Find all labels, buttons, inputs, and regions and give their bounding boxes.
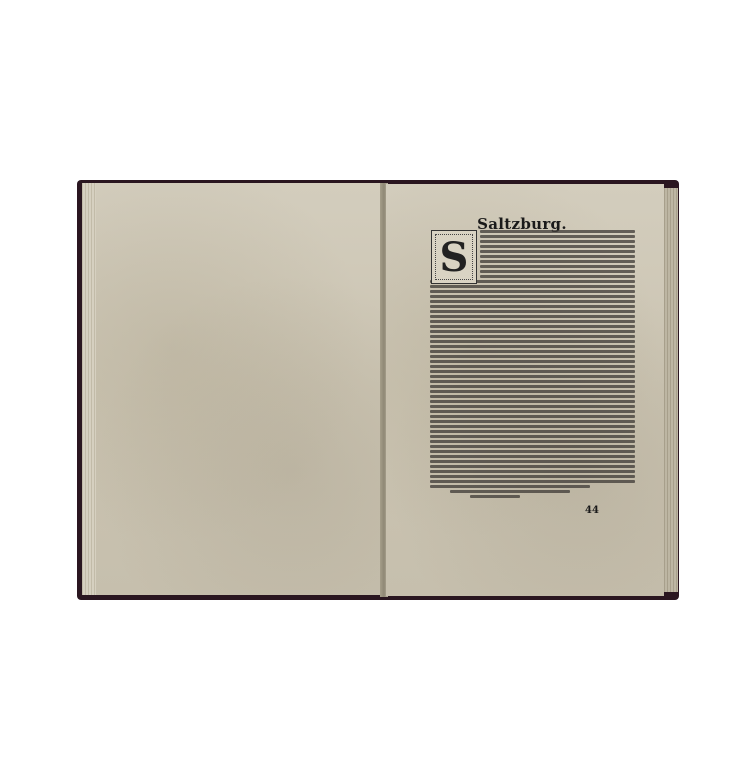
text-line — [480, 275, 635, 278]
text-line — [430, 350, 635, 353]
text-line — [430, 460, 635, 463]
page-number: 44 — [585, 505, 599, 516]
open-book: Saltzburg. S 44 — [0, 0, 755, 780]
text-line — [480, 250, 635, 253]
text-line — [480, 260, 635, 263]
text-line — [430, 365, 635, 368]
text-line — [450, 490, 570, 493]
text-line — [430, 485, 590, 488]
text-line — [430, 450, 635, 453]
text-line — [480, 255, 635, 258]
text-line — [480, 265, 635, 268]
text-line — [430, 445, 635, 448]
text-line — [430, 345, 635, 348]
text-line — [430, 400, 635, 403]
text-line — [430, 320, 635, 323]
text-line — [430, 405, 635, 408]
text-line — [480, 245, 635, 248]
text-line — [430, 440, 635, 443]
text-line — [480, 235, 635, 238]
text-line — [430, 295, 635, 298]
text-line — [430, 330, 635, 333]
text-line — [430, 415, 635, 418]
text-line — [430, 385, 635, 388]
text-line — [430, 325, 635, 328]
text-line — [430, 480, 635, 483]
text-line — [430, 470, 635, 473]
text-line — [430, 375, 635, 378]
text-line — [430, 420, 635, 423]
text-line — [430, 425, 635, 428]
text-line — [480, 240, 635, 243]
text-line — [430, 435, 635, 438]
text-line — [480, 270, 635, 273]
text-line — [430, 355, 635, 358]
left-page — [82, 183, 382, 595]
text-line — [430, 390, 635, 393]
text-line — [430, 475, 635, 478]
decorated-initial-letter: S — [431, 230, 477, 284]
text-line — [430, 455, 635, 458]
text-line — [430, 380, 635, 383]
left-page-edges — [82, 183, 96, 595]
text-line — [430, 335, 635, 338]
text-line — [430, 360, 635, 363]
text-line — [430, 305, 635, 308]
text-line — [430, 310, 635, 313]
text-line — [470, 495, 520, 498]
text-line — [430, 465, 635, 468]
text-line — [430, 430, 635, 433]
text-line — [430, 410, 635, 413]
text-line — [430, 370, 635, 373]
text-line — [430, 340, 635, 343]
text-line — [430, 315, 635, 318]
right-page-edges — [664, 188, 678, 592]
text-line — [480, 230, 635, 233]
text-line — [430, 395, 635, 398]
text-line — [430, 300, 635, 303]
text-line — [430, 290, 635, 293]
text-line — [430, 285, 635, 288]
